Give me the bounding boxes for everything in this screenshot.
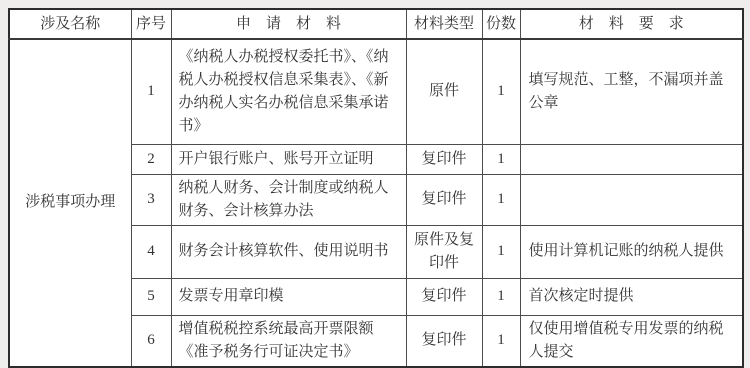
row-2-copies-cell: 1 bbox=[482, 144, 520, 174]
row-1-requirement-cell: 填写规范、工整，不漏项并盖公章 bbox=[520, 39, 743, 144]
row-6-requirement-cell: 仅使用增值税专用发票的纳税人提交 bbox=[520, 315, 743, 367]
row-5-material-cell: 发票专用章印模 bbox=[171, 278, 406, 315]
row-6-type-cell: 复印件 bbox=[406, 315, 482, 367]
header-requirement: 材 料 要 求 bbox=[520, 9, 743, 39]
row-1-material-cell: 《纳税人办税授权委托书》、《纳税人办税授权信息采集表》、《新办纳税人实名办税信息… bbox=[171, 39, 406, 144]
row-3-seq-cell: 3 bbox=[131, 174, 171, 225]
row-2-type-cell: 复印件 bbox=[406, 144, 482, 174]
row-2-seq-cell: 2 bbox=[131, 144, 171, 174]
row-4-requirement-cell: 使用计算机记账的纳税人提供 bbox=[520, 225, 743, 278]
row-3-material-cell: 纳税人财务、会计制度或纳税人财务、会计核算办法 bbox=[171, 174, 406, 225]
header-involved-name: 涉及名称 bbox=[9, 9, 131, 39]
row-1-seq-cell: 1 bbox=[131, 39, 171, 144]
row-3-copies-cell: 1 bbox=[482, 174, 520, 225]
header-copies: 份数 bbox=[482, 9, 520, 39]
row-5-requirement-cell: 首次核定时提供 bbox=[520, 278, 743, 315]
row-2-material-cell: 开户银行账户、账号开立证明 bbox=[171, 144, 406, 174]
row-5-copies-cell: 1 bbox=[482, 278, 520, 315]
row-5-type-cell: 复印件 bbox=[406, 278, 482, 315]
row-4-type-cell: 原件及复印件 bbox=[406, 225, 482, 278]
category-cell: 涉税事项办理 bbox=[9, 39, 131, 367]
table-row: 涉税事项办理 1 《纳税人办税授权委托书》、《纳税人办税授权信息采集表》、《新办… bbox=[9, 39, 743, 144]
row-2-requirement-cell bbox=[520, 144, 743, 174]
materials-table: 涉及名称 序号 申 请 材 料 材料类型 份数 材 料 要 求 涉税事项办理 1… bbox=[8, 8, 744, 368]
document-sheet: 涉及名称 序号 申 请 材 料 材料类型 份数 材 料 要 求 涉税事项办理 1… bbox=[8, 8, 744, 368]
row-1-type-cell: 原件 bbox=[406, 39, 482, 144]
table-header-row: 涉及名称 序号 申 请 材 料 材料类型 份数 材 料 要 求 bbox=[9, 9, 743, 39]
row-4-copies-cell: 1 bbox=[482, 225, 520, 278]
row-3-requirement-cell bbox=[520, 174, 743, 225]
row-5-seq-cell: 5 bbox=[131, 278, 171, 315]
row-4-seq-cell: 4 bbox=[131, 225, 171, 278]
row-6-copies-cell: 1 bbox=[482, 315, 520, 367]
row-3-type-cell: 复印件 bbox=[406, 174, 482, 225]
row-6-seq-cell: 6 bbox=[131, 315, 171, 367]
header-material-type: 材料类型 bbox=[406, 9, 482, 39]
row-4-material-cell: 财务会计核算软件、使用说明书 bbox=[171, 225, 406, 278]
row-6-material-cell: 增值税税控系统最高开票限额《准予税务行可证决定书》 bbox=[171, 315, 406, 367]
header-seq: 序号 bbox=[131, 9, 171, 39]
row-1-copies-cell: 1 bbox=[482, 39, 520, 144]
header-material: 申 请 材 料 bbox=[171, 9, 406, 39]
